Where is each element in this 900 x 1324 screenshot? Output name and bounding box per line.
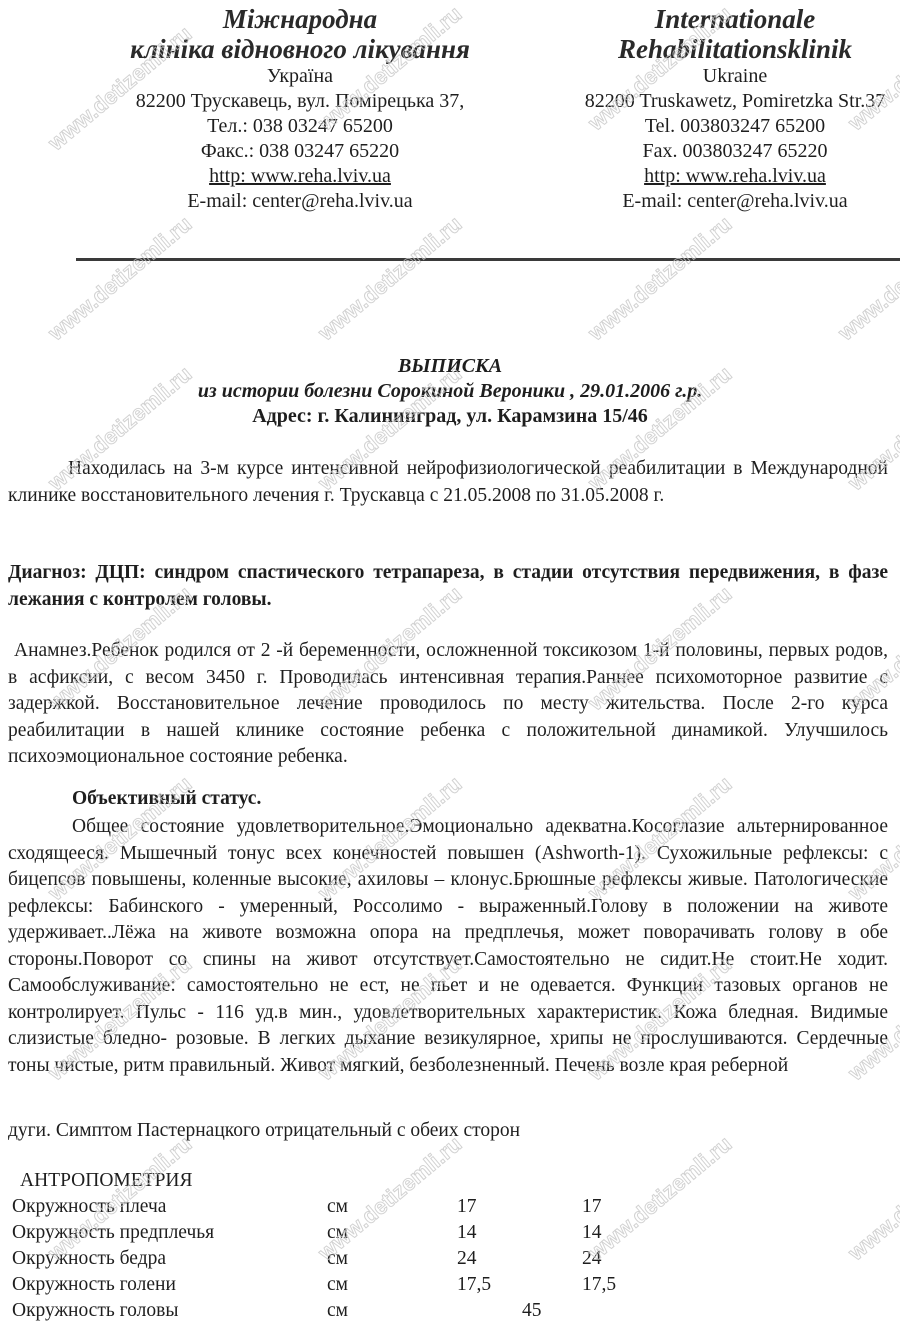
measure-unit: см xyxy=(327,1220,348,1246)
org-name-line1: Міжнародна xyxy=(90,4,510,34)
header-divider xyxy=(76,258,900,261)
table-row: Окружность голенисм17,517,5 xyxy=(12,1272,712,1298)
fax: Fax. 003803247 65220 xyxy=(555,139,900,164)
measure-unit: см xyxy=(327,1246,348,1272)
measure-value: 45 xyxy=(522,1298,542,1324)
table-row: Окружность бедрасм2424 xyxy=(12,1246,712,1272)
letterhead-german: Internationale Rehabilitationsklinik Ukr… xyxy=(555,4,900,214)
measure-value-left: 14 xyxy=(457,1220,477,1246)
email: E-mail: center@reha.lviv.ua xyxy=(555,189,900,214)
fax: Факс.: 038 03247 65220 xyxy=(90,139,510,164)
country: Україна xyxy=(90,64,510,89)
measure-value-left: 17 xyxy=(457,1194,477,1220)
measure-unit: см xyxy=(327,1194,348,1220)
measure-name: Окружность предплечья xyxy=(12,1220,214,1246)
org-name-line1: Internationale xyxy=(555,4,900,34)
watermark: www.detizemli.ru xyxy=(313,211,467,346)
status-last-line: дуги. Симптом Пастернацкого отрицательны… xyxy=(8,1118,888,1145)
intro-paragraph: Находилась на 3-м курсе интенсивной нейр… xyxy=(8,456,888,509)
diagnosis-paragraph: Диагноз: ДЦП: синдром спастического тетр… xyxy=(8,560,888,613)
table-row: Окружность предплечьясм1414 xyxy=(12,1220,712,1246)
status-heading: Объективный статус. xyxy=(72,788,261,810)
patient-address: Адрес: г. Калининград, ул. Карамзина 15/… xyxy=(0,404,900,429)
measure-name: Окружность плеча xyxy=(12,1194,166,1220)
measure-name: Окружность бедра xyxy=(12,1246,166,1272)
status-paragraph: Общее состояние удовлетворительное.Эмоци… xyxy=(8,814,888,1079)
phone: Тел.: 038 03247 65200 xyxy=(90,114,510,139)
measure-value-right: 17,5 xyxy=(582,1272,616,1298)
measure-name: Окружность голени xyxy=(12,1272,176,1298)
watermark: www.detizemli.ru xyxy=(583,211,737,346)
measure-unit: см xyxy=(327,1272,348,1298)
title-heading: ВЫПИСКА xyxy=(0,354,900,379)
measure-value-left: 24 xyxy=(457,1246,477,1272)
measure-value-right: 24 xyxy=(582,1246,602,1272)
measure-value-right: 14 xyxy=(582,1220,602,1246)
website-link[interactable]: http: www.reha.lviv.ua xyxy=(209,165,391,187)
address: 82200 Truskawetz, Pomiretzka Str.37 xyxy=(555,89,900,114)
country: Ukraine xyxy=(555,64,900,89)
table-row: Окружность плечасм1717 xyxy=(12,1194,712,1220)
phone: Tel. 003803247 65200 xyxy=(555,114,900,139)
title-subtitle: из истории болезни Сорокиной Вероники , … xyxy=(0,379,900,404)
measure-unit: см xyxy=(327,1298,348,1324)
anthropometry-table: АНТРОПОМЕТРИЯ Окружность плечасм1717Окру… xyxy=(12,1168,712,1324)
document-title: ВЫПИСКА из истории болезни Сорокиной Вер… xyxy=(0,354,900,429)
watermark: www.detizemli.ru xyxy=(43,211,197,346)
anamnesis-paragraph: Анамнез.Ребенок родился от 2 -й беременн… xyxy=(8,638,888,771)
org-name-line2: клініка відновного лікування xyxy=(90,34,510,64)
address: 82200 Трускавець, вул. Помірецька 37, xyxy=(90,89,510,114)
measure-value-left: 17,5 xyxy=(457,1272,491,1298)
watermark: www.detizemli.ru xyxy=(833,211,900,346)
website-link[interactable]: http: www.reha.lviv.ua xyxy=(644,165,826,187)
letterhead-ukrainian: Міжнародна клініка відновного лікування … xyxy=(90,4,510,214)
measure-name: Окружность головы xyxy=(12,1298,178,1324)
anthropometry-title: АНТРОПОМЕТРИЯ xyxy=(20,1168,712,1194)
email: E-mail: center@reha.lviv.ua xyxy=(90,189,510,214)
org-name-line2: Rehabilitationsklinik xyxy=(555,34,900,64)
watermark: www.detizemli.ru xyxy=(843,1131,900,1266)
table-row-head: Окружность головы см 45 xyxy=(12,1298,712,1324)
measure-value-right: 17 xyxy=(582,1194,602,1220)
